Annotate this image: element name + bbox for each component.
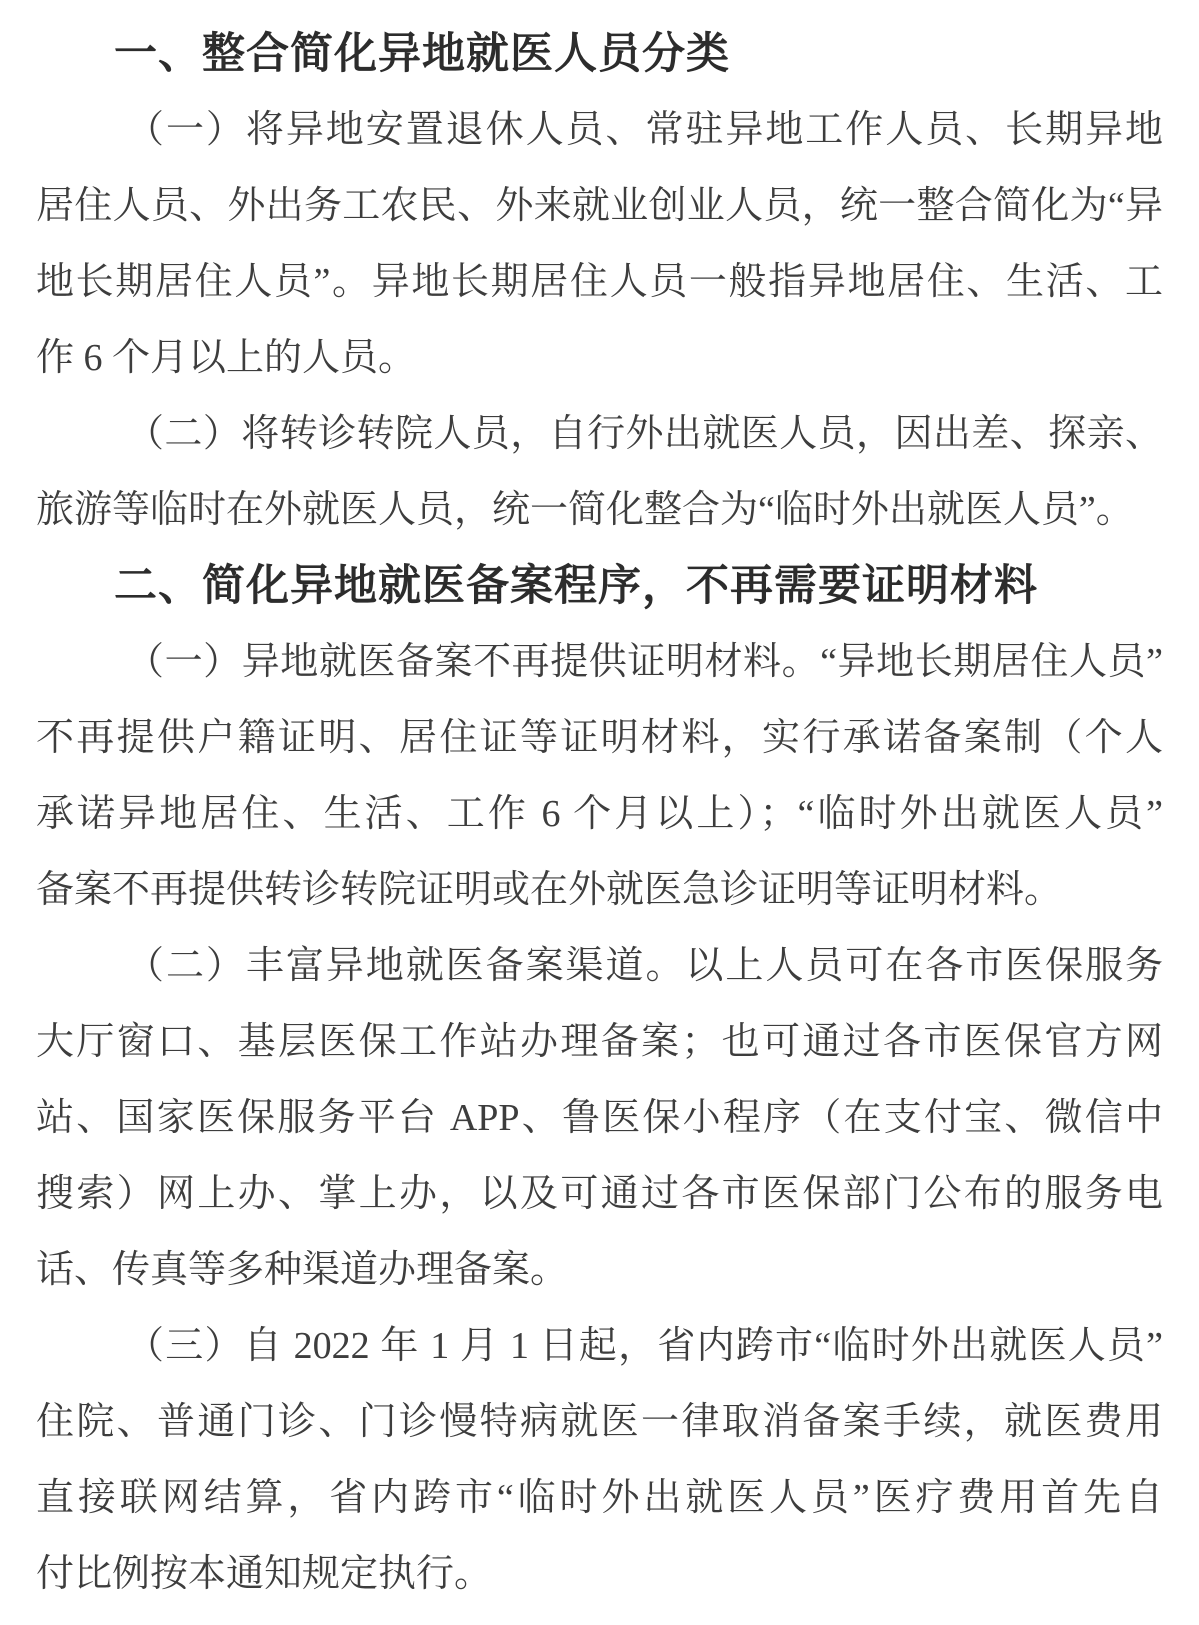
document-page: 一、整合简化异地就医人员分类（一）将异地安置退休人员、常驻异地工作人员、长期异地…	[0, 0, 1199, 1625]
document-body: 一、整合简化异地就医人员分类（一）将异地安置退休人员、常驻异地工作人员、长期异地…	[36, 16, 1163, 1612]
paragraph-line: 搜索）网上办、掌上办，以及可通过各市医保部门公布的服务电	[36, 1156, 1163, 1232]
paragraph-line: 不再提供户籍证明、居住证等证明材料，实行承诺备案制（个人	[36, 700, 1163, 776]
section-1-para-1: （一）将异地安置退休人员、常驻异地工作人员、长期异地居住人员、外出务工农民、外来…	[36, 92, 1163, 396]
paragraph-line: 承诺异地居住、生活、工作 6 个月以上）；“临时外出就医人员”	[36, 776, 1163, 852]
paragraph-line: （二）将转诊转院人员，自行外出就医人员，因出差、探亲、	[36, 396, 1163, 472]
paragraph-line: 大厅窗口、基层医保工作站办理备案；也可通过各市医保官方网	[36, 1004, 1163, 1080]
paragraph-line: 作 6 个月以上的人员。	[36, 320, 1163, 396]
paragraph-line: 直接联网结算，省内跨市“临时外出就医人员”医疗费用首先自	[36, 1460, 1163, 1536]
paragraph-line: （一）将异地安置退休人员、常驻异地工作人员、长期异地	[36, 92, 1163, 168]
section-2-heading: 二、简化异地就医备案程序，不再需要证明材料	[36, 548, 1163, 624]
paragraph-line: 备案不再提供转诊转院证明或在外就医急诊证明等证明材料。	[36, 852, 1163, 928]
paragraph-line: 住院、普通门诊、门诊慢特病就医一律取消备案手续，就医费用	[36, 1384, 1163, 1460]
paragraph-line: （三）自 2022 年 1 月 1 日起，省内跨市“临时外出就医人员”	[36, 1308, 1163, 1384]
heading-line: 二、简化异地就医备案程序，不再需要证明材料	[36, 548, 1163, 624]
section-2-para-1: （一）异地就医备案不再提供证明材料。“异地长期居住人员”不再提供户籍证明、居住证…	[36, 624, 1163, 928]
paragraph-line: 付比例按本通知规定执行。	[36, 1536, 1163, 1612]
paragraph-line: 话、传真等多种渠道办理备案。	[36, 1232, 1163, 1308]
section-2-para-2: （二）丰富异地就医备案渠道。以上人员可在各市医保服务大厅窗口、基层医保工作站办理…	[36, 928, 1163, 1308]
paragraph-line: （二）丰富异地就医备案渠道。以上人员可在各市医保服务	[36, 928, 1163, 1004]
paragraph-line: 站、国家医保服务平台 APP、鲁医保小程序（在支付宝、微信中	[36, 1080, 1163, 1156]
section-1-para-2: （二）将转诊转院人员，自行外出就医人员，因出差、探亲、旅游等临时在外就医人员，统…	[36, 396, 1163, 548]
paragraph-line: 地长期居住人员”。异地长期居住人员一般指异地居住、生活、工	[36, 244, 1163, 320]
paragraph-line: （一）异地就医备案不再提供证明材料。“异地长期居住人员”	[36, 624, 1163, 700]
paragraph-line: 旅游等临时在外就医人员，统一简化整合为“临时外出就医人员”。	[36, 472, 1163, 548]
heading-line: 一、整合简化异地就医人员分类	[36, 16, 1163, 92]
section-1-heading: 一、整合简化异地就医人员分类	[36, 16, 1163, 92]
paragraph-line: 居住人员、外出务工农民、外来就业创业人员，统一整合简化为“异	[36, 168, 1163, 244]
section-2-para-3: （三）自 2022 年 1 月 1 日起，省内跨市“临时外出就医人员”住院、普通…	[36, 1308, 1163, 1612]
